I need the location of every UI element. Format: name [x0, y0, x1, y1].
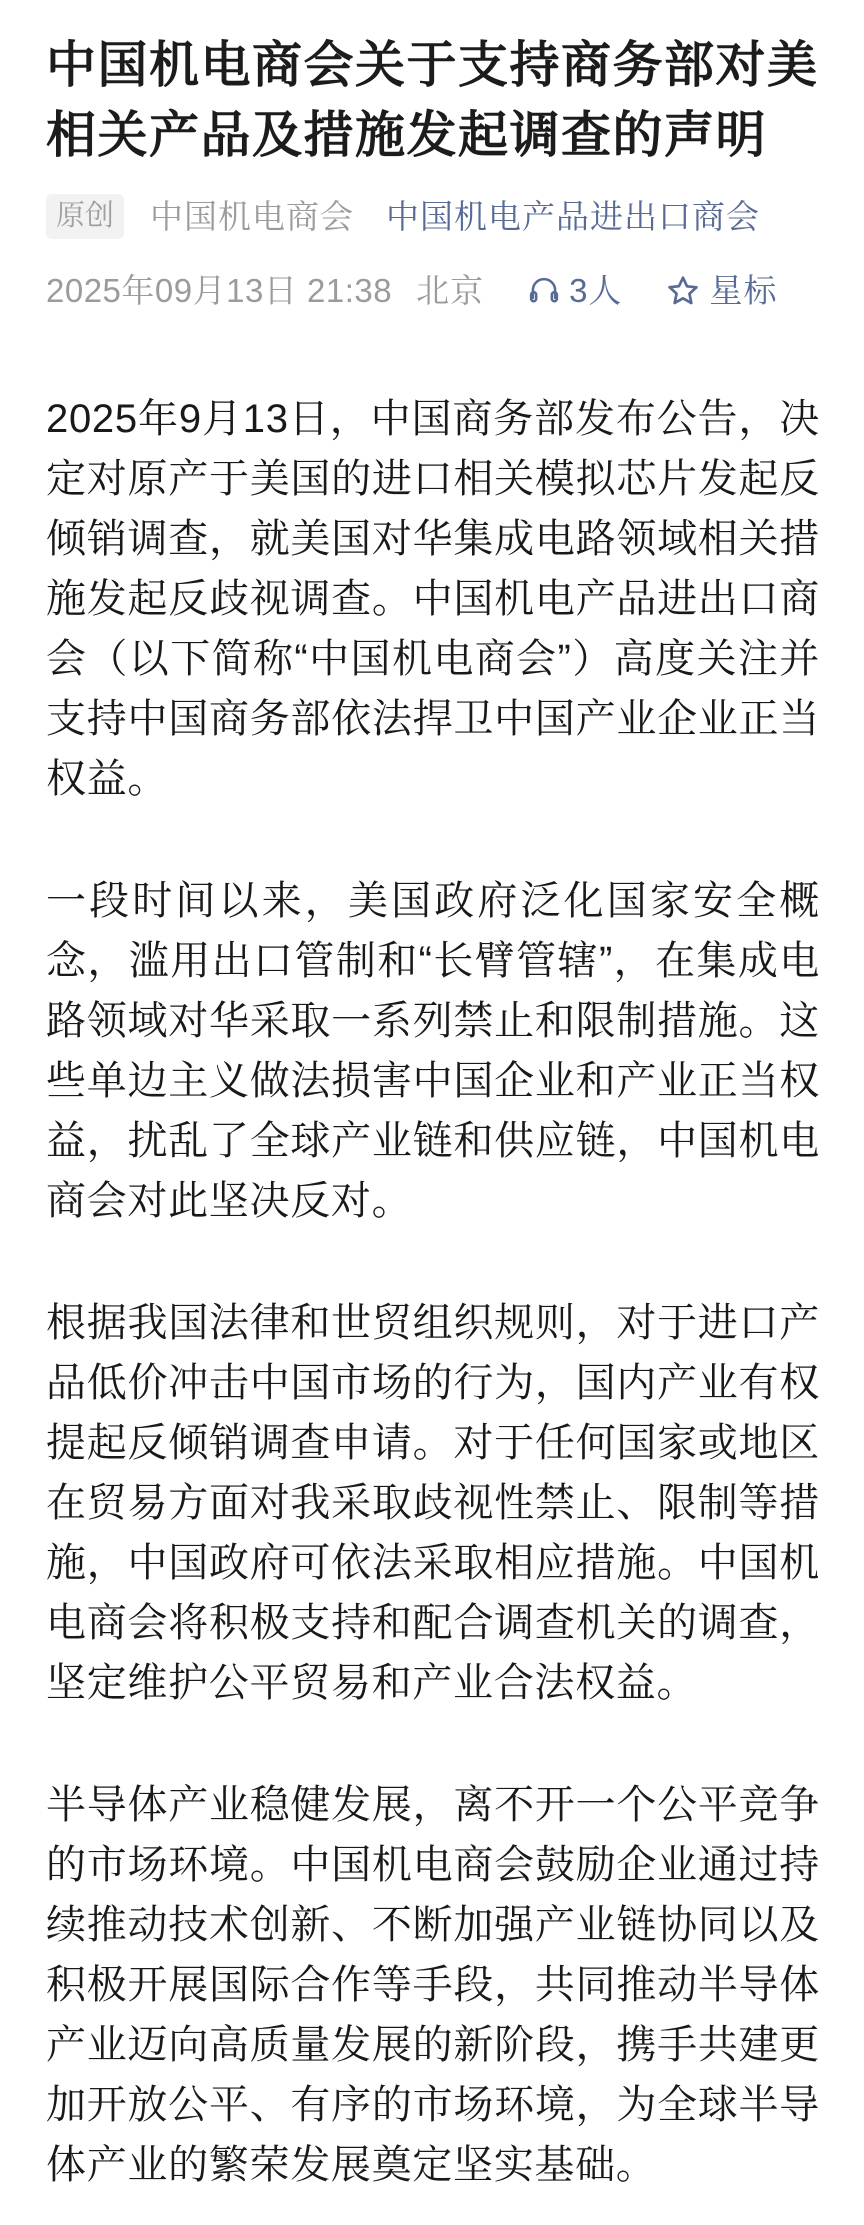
star-button[interactable]: 星标 [664, 269, 777, 313]
article-paragraph: 2025年9月13日，中国商务部发布公告，决定对原产于美国的进口相关模拟芯片发起… [46, 389, 820, 809]
article-content: 2025年9月13日，中国商务部发布公告，决定对原产于美国的进口相关模拟芯片发起… [46, 389, 820, 2195]
listen-count: 3人 [569, 269, 622, 313]
author-name[interactable]: 中国机电商会 [150, 195, 354, 239]
star-icon [664, 272, 702, 310]
article-paragraph: 一段时间以来，美国政府泛化国家安全概念，滥用出口管制和“长臂管辖”，在集成电路领… [46, 871, 820, 1231]
article-page: 中国机电商会关于支持商务部对美相关产品及措施发起调查的声明 原创 中国机电商会 … [0, 0, 864, 2225]
listen-button[interactable]: 3人 [526, 269, 622, 313]
headphones-icon [526, 273, 562, 309]
publish-date: 2025年09月13日 21:38 [46, 269, 392, 313]
article-title: 中国机电商会关于支持商务部对美相关产品及措施发起调查的声明 [46, 30, 820, 170]
article-meta-secondary-row: 2025年09月13日 21:38 北京 3人 星标 [46, 269, 820, 313]
star-label: 星标 [709, 269, 777, 313]
publish-location: 北京 [416, 269, 484, 313]
article-meta-row: 原创 中国机电商会 中国机电产品进出口商会 [46, 194, 820, 239]
original-badge: 原创 [46, 194, 124, 239]
account-link[interactable]: 中国机电产品进出口商会 [386, 195, 760, 239]
article-paragraph: 半导体产业稳健发展，离不开一个公平竞争的市场环境。中国机电商会鼓励企业通过持续推… [46, 1775, 820, 2195]
article-paragraph: 根据我国法律和世贸组织规则，对于进口产品低价冲击中国市场的行为，国内产业有权提起… [46, 1293, 820, 1713]
